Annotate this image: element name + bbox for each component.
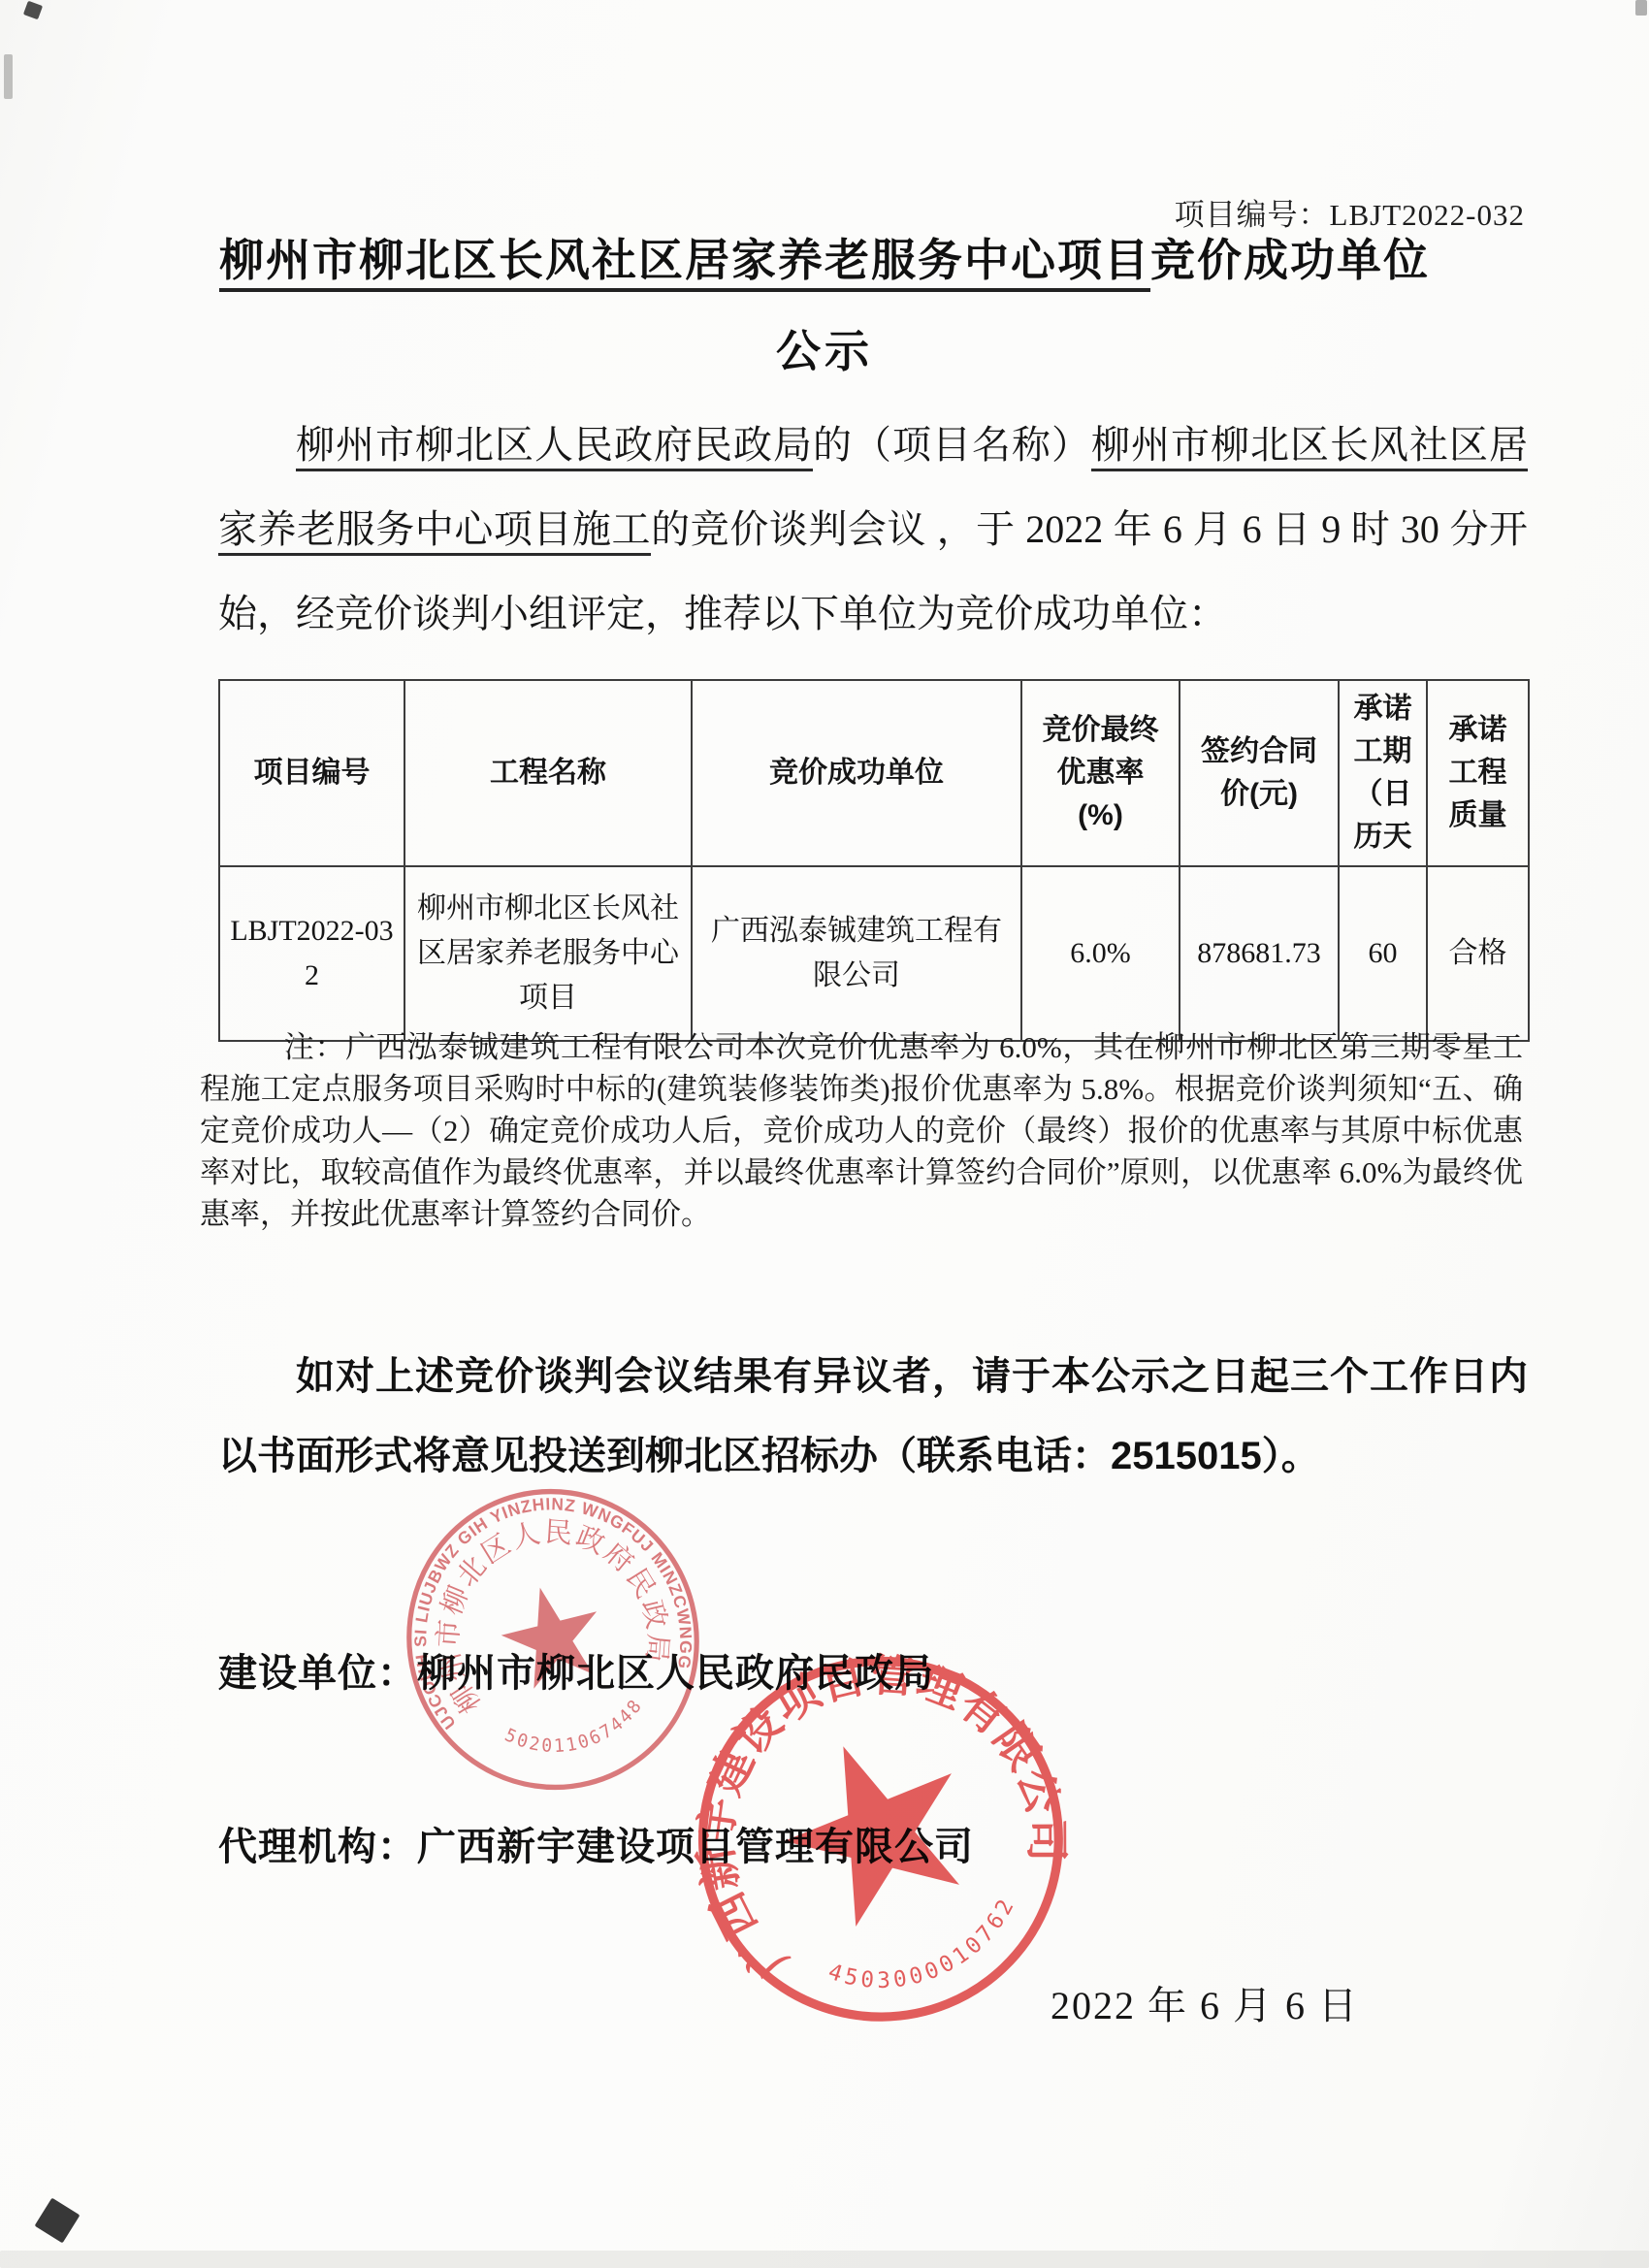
svg-text:4503000010762: 4503000010762: [818, 1886, 1036, 2022]
header-final-discount: 竞价最终优惠率(%): [1021, 680, 1180, 866]
seal-serial: 4503000010762: [818, 1886, 1036, 2022]
header-promised-duration: 承诺工期（日历天: [1339, 680, 1427, 866]
scanned-notice-page: 项目编号：LBJT2022-032 柳州市柳北区长风社区居家养老服务中心项目竞价…: [0, 0, 1649, 2268]
cell-project-no: LBJT2022-032: [219, 866, 404, 1041]
cell-promised-quality: 合格: [1427, 866, 1529, 1041]
builder-line: 建设单位：柳州市柳北区人民政府民政局: [218, 1642, 934, 1698]
scan-artifact: [0, 2251, 1649, 2268]
cell-contract-price: 878681.73: [1180, 866, 1339, 1041]
agency-label: 代理机构：: [218, 1826, 417, 1868]
cell-promised-duration: 60: [1339, 866, 1427, 1041]
scan-artifact: [4, 54, 13, 99]
notice-subtitle: 公示: [0, 316, 1649, 380]
cell-winner: 广西泓泰铖建筑工程有限公司: [692, 866, 1021, 1041]
scan-artifact: [23, 1, 43, 20]
scan-artifact: [1635, 0, 1647, 16]
scan-artifact: [35, 2198, 81, 2244]
table-header-row: 项目编号 工程名称 竞价成功单位 竞价最终优惠率(%) 签约合同价(元) 承诺工…: [219, 680, 1529, 866]
notice-title-rest: 竞价成功单位: [1150, 235, 1430, 285]
note-paragraph: 注：广西泓泰铖建筑工程有限公司本次竞价优惠率为 6.0%，其在柳州市柳北区第三期…: [200, 1026, 1523, 1235]
header-winner: 竞价成功单位: [692, 680, 1021, 866]
builder-value: 柳州市柳北区人民政府民政局: [417, 1652, 934, 1695]
builder-label: 建设单位：: [218, 1652, 417, 1695]
notice-date: 2022 年 6 月 6 日: [1051, 1975, 1359, 2030]
cell-work-name: 柳州市柳北区长风社区居家养老服务中心项目: [404, 866, 692, 1041]
header-work-name: 工程名称: [404, 680, 692, 866]
svg-text:502011067448: 502011067448: [498, 1692, 654, 1772]
agency-line: 代理机构：广西新宇建设项目管理有限公司: [218, 1816, 974, 1871]
header-contract-price: 签约合同价(元): [1180, 680, 1339, 866]
notice-title-underlined: 柳州市柳北区长风社区居家养老服务中心项目: [219, 235, 1150, 292]
objection-paragraph: 如对上述竞价谈判会议结果有异议者，请于本公示之日起三个工作日内以书面形式将意见投…: [218, 1337, 1528, 1496]
seal-serial: 502011067448: [498, 1692, 654, 1772]
owner-name-underlined: 柳州市柳北区人民政府民政局: [296, 423, 813, 471]
cell-final-discount: 6.0%: [1021, 866, 1180, 1041]
table-row: LBJT2022-032 柳州市柳北区长风社区居家养老服务中心项目 广西泓泰铖建…: [219, 866, 1529, 1041]
agency-value: 广西新宇建设项目管理有限公司: [417, 1826, 974, 1868]
award-results-table: 项目编号 工程名称 竞价成功单位 竞价最终优惠率(%) 签约合同价(元) 承诺工…: [218, 679, 1530, 1042]
header-project-no: 项目编号: [219, 680, 404, 866]
intro-paragraph: 柳州市柳北区人民政府民政局的（项目名称）柳州市柳北区长风社区居家养老服务中心项目…: [218, 403, 1528, 656]
header-promised-quality: 承诺工程质量: [1427, 680, 1529, 866]
notice-title: 柳州市柳北区长风社区居家养老服务中心项目竞价成功单位: [0, 225, 1649, 289]
intro-seg2: 的（项目名称）: [813, 423, 1091, 467]
